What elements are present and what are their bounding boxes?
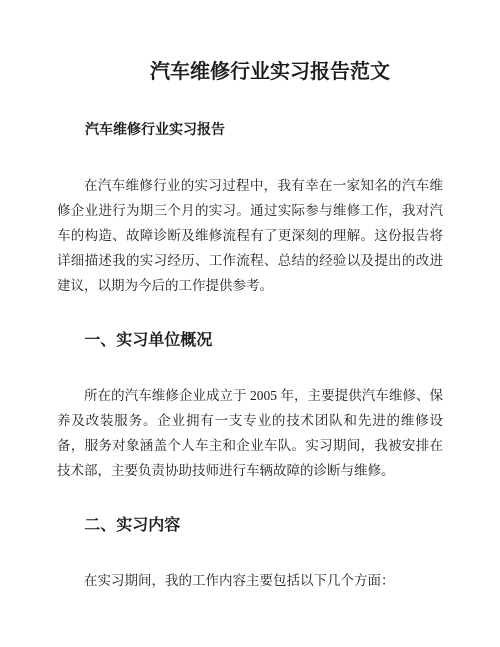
intro-paragraph: 在汽车维修行业的实习过程中，我有幸在一家知名的汽车维修企业进行为期三个月的实习。…: [57, 173, 443, 298]
section-2-heading: 二、实习内容: [57, 513, 443, 538]
section-1-heading: 一、实习单位概况: [57, 328, 443, 353]
document-title: 汽车维修行业实习报告范文: [57, 58, 443, 86]
section-1-paragraph: 所在的汽车维修企业成立于 2005 年，主要提供汽车维修、保养及改装服务。企业拥…: [57, 383, 443, 483]
report-subtitle: 汽车维修行业实习报告: [57, 118, 443, 143]
section-2-paragraph: 在实习期间，我的工作内容主要包括以下几个方面：: [57, 568, 443, 593]
document-page: 汽车维修行业实习报告范文 汽车维修行业实习报告 在汽车维修行业的实习过程中，我有…: [0, 0, 500, 647]
